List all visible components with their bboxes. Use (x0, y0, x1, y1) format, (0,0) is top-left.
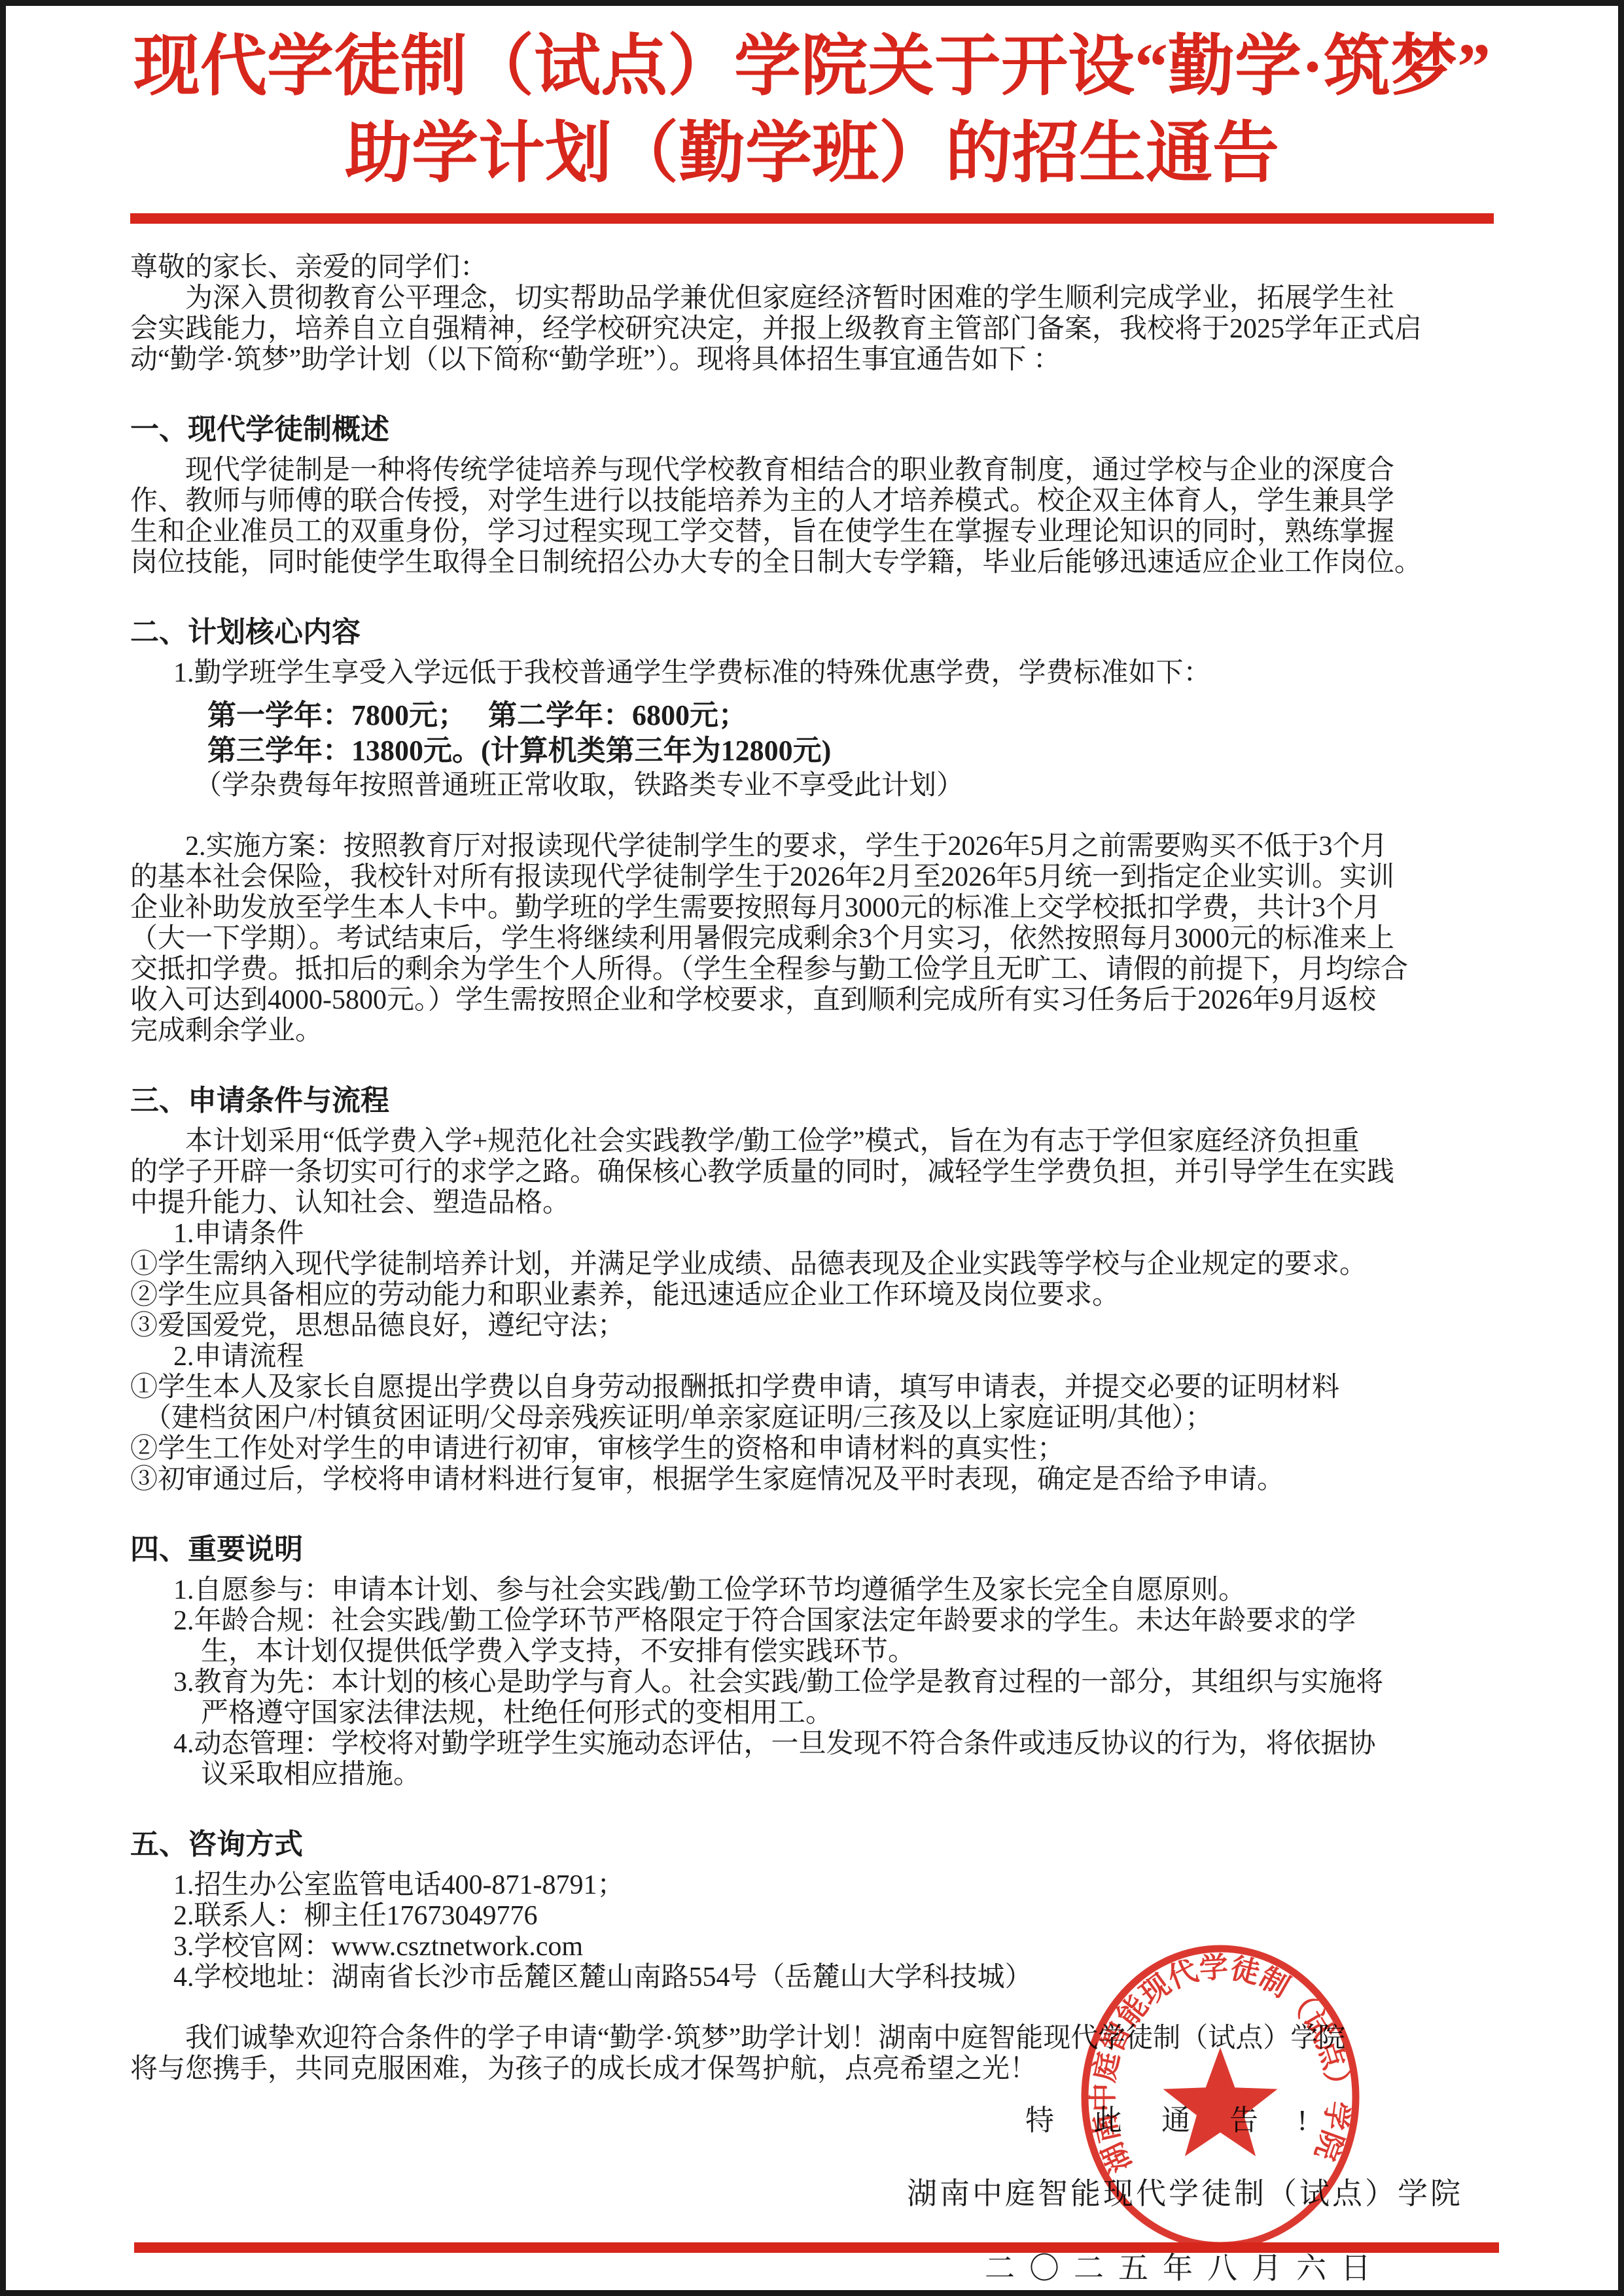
apply-process-subheading: 2.申请流程 (173, 1342, 1494, 1372)
tuition-intro-item: 1.勤学班学生享受入学远低于我校普通学生学费标准的特殊优惠学费，学费标准如下： (173, 658, 1494, 689)
section-4-heading: 四、重要说明 (130, 1525, 1494, 1567)
signature-organization: 湖南中庭智能现代学徒制（试点）学院 (891, 2170, 1479, 2213)
signature-block: 湖南中庭智能现代学徒制（试点）学院 二〇二五年八月六日 (891, 2170, 1479, 2287)
title-divider-rule (130, 213, 1494, 224)
process-item-1: ①学生本人及家长自愿提出学费以自身劳动报酬抵扣学费申请，填写申请表，并提交必要的… (130, 1372, 1494, 1434)
contact-address-line: 4.学校地址：湖南省长沙市岳麓区麓山南路554号（岳麓山大学科技城） (173, 1962, 1494, 1993)
contact-phone-line: 1.招生办公室监管电话400-871-8791； (173, 1870, 1494, 1901)
section-1-heading: 一、现代学徒制概述 (130, 406, 1494, 447)
contact-person-line: 2.联系人：柳主任17673049776 (173, 1901, 1494, 1932)
section-1-body: 现代学徒制是一种将传统学徒培养与现代学校教育相结合的职业教育制度，通过学校与企业… (130, 455, 1494, 578)
section-2-heading: 二、计划核心内容 (130, 608, 1494, 650)
tuition-note: （学杂费每年按照普通班正常收取，铁路类专业不享受此计划） (194, 769, 1494, 803)
spacer (130, 689, 1494, 698)
closing-paragraph: 我们诚挚欢迎符合条件的学子申请“勤学·筑梦”助学计划！湖南中庭智能现代学徒制（试… (130, 2023, 1494, 2085)
document-title-line-2: 助学计划（勤学班）的招生通告 (130, 111, 1494, 198)
document-title-line-1: 现代学徒制（试点）学院关于开设“勤学·筑梦” (130, 24, 1494, 111)
notice-item-4: 4.动态管理：学校将对勤学班学生实施动态评估，一旦发现不符合条件或违反协议的行为… (173, 1729, 1494, 1790)
process-item-2: ②学生工作处对学生的申请进行初审，审核学生的资格和申请材料的真实性； (130, 1434, 1494, 1465)
tuition-fee-line-2: 第三学年：13800元。(计算机类第三年为12800元) (207, 733, 1494, 769)
contact-website-line: 3.学校官网：www.csztnetwork.com (173, 1932, 1494, 1962)
notice-item-3: 3.教育为先：本计划的核心是助学与育人。社会实践/勤工俭学是教育过程的一部分，其… (173, 1667, 1494, 1729)
process-item-3: ③初审通过后，学校将申请材料进行复审，根据学生家庭情况及平时表现，确定是否给予申… (130, 1465, 1494, 1495)
tuition-fee-line-1: 第一学年：7800元； 第二学年：6800元； (207, 698, 1494, 733)
notice-item-1: 1.自愿参与：申请本计划、参与社会实践/勤工俭学环节均遵循学生及家长完全自愿原则… (173, 1575, 1494, 1606)
apply-conditions-subheading: 1.申请条件 (173, 1219, 1494, 1249)
section-5-heading: 五、咨询方式 (130, 1820, 1494, 1862)
condition-item-2: ②学生应具备相应的劳动能力和职业素养，能迅速适应企业工作环境及岗位要求。 (130, 1280, 1494, 1311)
intro-paragraph: 为深入贯彻教育公平理念，切实帮助品学兼优但家庭经济暂时困难的学生顺利完成学业，拓… (130, 283, 1494, 375)
implementation-paragraph: 2.实施方案：按照教育厅对报读现代学徒制学生的要求，学生于2026年5月之前需要… (130, 831, 1494, 1047)
notice-declaration: 特此通告! (1025, 2096, 1494, 2138)
notice-document-page: 现代学徒制（试点）学院关于开设“勤学·筑梦” 助学计划（勤学班）的招生通告 尊敬… (0, 0, 1624, 2296)
greeting-line: 尊敬的家长、亲爱的同学们： (130, 252, 1494, 283)
bottom-divider-rule (134, 2242, 1499, 2253)
spacer (130, 803, 1494, 831)
condition-item-3: ③爱国爱党，思想品德良好，遵纪守法； (130, 1311, 1494, 1342)
document-title: 现代学徒制（试点）学院关于开设“勤学·筑梦” 助学计划（勤学班）的招生通告 (130, 24, 1494, 198)
condition-item-1: ①学生需纳入现代学徒制培养计划，并满足学业成绩、品德表现及企业实践等学校与企业规… (130, 1249, 1494, 1280)
section-3-heading: 三、申请条件与流程 (130, 1077, 1494, 1119)
section-3-intro: 本计划采用“低学费入学+规范化社会实践教学/勤工俭学”模式，旨在为有志于学但家庭… (130, 1126, 1494, 1219)
notice-item-2: 2.年龄合规：社会实践/勤工俭学环节严格限定于符合国家法定年龄要求的学生。未达年… (173, 1606, 1494, 1667)
